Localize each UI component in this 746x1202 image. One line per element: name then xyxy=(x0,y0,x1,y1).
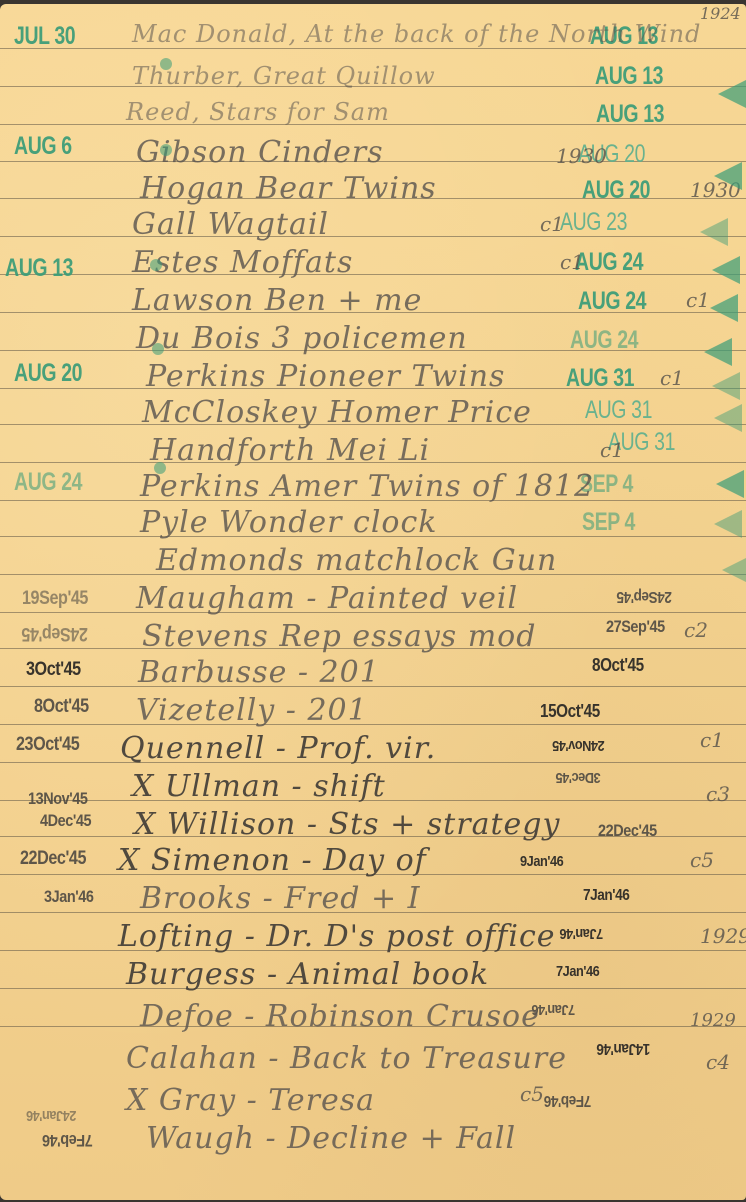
right-date-stamp: AUG 24 xyxy=(570,328,638,353)
green-triangle-mark xyxy=(714,510,742,538)
margin-note: c5 xyxy=(690,850,714,870)
left-date-stamp: AUG 24 xyxy=(14,470,82,495)
left-date-stamp: 23Oct'45 xyxy=(16,735,79,754)
green-triangle-mark xyxy=(712,372,740,400)
book-entry: Estes Moffats xyxy=(132,248,353,278)
right-date-stamp: AUG 31 xyxy=(566,366,634,391)
right-date-stamp: SEP 4 xyxy=(582,510,635,535)
right-date-stamp: 8Oct'45 xyxy=(592,656,644,674)
circulation-card: JUL 30 AUG 6 AUG 13 AUG 20 AUG 24 19Sep'… xyxy=(0,4,746,1200)
green-triangle-mark xyxy=(712,256,740,284)
ink-blot xyxy=(154,462,166,474)
margin-note: c2 xyxy=(684,620,708,640)
left-date-stamp: AUG 20 xyxy=(14,361,82,386)
ink-blot xyxy=(160,144,172,156)
green-triangle-mark xyxy=(700,218,728,246)
right-date-stamp-inverted: 24Nov'45 xyxy=(553,738,605,753)
right-date-stamp-inverted: 14Jan'46 xyxy=(597,1040,651,1056)
book-entry: Burgess - Animal book xyxy=(126,960,489,990)
right-date-stamp: AUG 13 xyxy=(596,102,664,127)
right-date-stamp: 22Dec'45 xyxy=(598,822,657,839)
right-date-stamp: 9Jan'46 xyxy=(520,854,563,869)
margin-note: c1 xyxy=(540,214,564,234)
left-date-stamp: JUL 30 xyxy=(14,24,75,49)
right-date-stamp: AUG 24 xyxy=(575,250,643,275)
left-date-stamp: 3Jan'46 xyxy=(44,888,93,905)
left-date-stamp-inverted: 7Feb'46 xyxy=(42,1132,92,1149)
left-date-stamp: 13Nov'45 xyxy=(28,790,87,807)
right-date-stamp-inverted: 24Sep'45 xyxy=(617,588,672,604)
book-entry: Gall Wagtail xyxy=(132,210,329,240)
book-entry: Du Bois 3 policemen xyxy=(136,324,468,354)
book-entry: X Willison - Sts + strategy xyxy=(134,810,560,840)
book-entry: Edmonds matchlock Gun xyxy=(156,546,557,576)
book-entry: Handforth Mei Li xyxy=(150,436,430,466)
right-date-stamp-inverted: 7Jan'46 xyxy=(560,926,603,941)
margin-note: c1 xyxy=(560,252,584,272)
book-entry: Maugham - Painted veil xyxy=(136,584,518,614)
margin-note: 1930 xyxy=(556,146,607,166)
book-entry: McCloskey Homer Price xyxy=(142,398,532,428)
left-date-stamp: 22Dec'45 xyxy=(20,849,86,868)
ruled-line xyxy=(0,236,746,237)
green-triangle-mark xyxy=(716,470,744,498)
left-date-stamp: 8Oct'45 xyxy=(34,697,89,716)
right-date-stamp: AUG 23 xyxy=(560,210,627,235)
margin-note: 1924 xyxy=(700,6,741,22)
book-entry: X Simenon - Day of xyxy=(118,846,427,876)
right-date-stamp-inverted: 7Feb'46 xyxy=(544,1092,591,1108)
ink-blot xyxy=(160,58,172,70)
ink-blot xyxy=(150,259,162,271)
book-entry: Gibson Cinders xyxy=(136,138,384,168)
margin-note: c5 xyxy=(520,1084,544,1104)
right-date-stamp: 27Sep'45 xyxy=(606,618,665,635)
book-entry: X Gray - Teresa xyxy=(126,1086,375,1116)
book-entry: Waugh - Decline + Fall xyxy=(146,1124,516,1154)
margin-note: c3 xyxy=(706,784,730,804)
book-entry: Perkins Pioneer Twins xyxy=(146,362,505,392)
margin-note: c1 xyxy=(660,368,684,388)
book-entry: Perkins Amer Twins of 1812 xyxy=(140,472,594,502)
ink-blot xyxy=(152,343,164,355)
book-entry: Calahan - Back to Treasure xyxy=(126,1044,567,1074)
book-entry: Lawson Ben + me xyxy=(132,286,422,316)
margin-note: c1 xyxy=(600,440,624,460)
margin-note: c1 xyxy=(700,730,724,750)
right-date-stamp-inverted: 3Dec'45 xyxy=(556,770,601,785)
green-triangle-mark xyxy=(714,162,742,190)
margin-note: 1929 xyxy=(690,1012,736,1030)
book-entry: Hogan Bear Twins xyxy=(140,174,437,204)
right-date-stamp: AUG 24 xyxy=(578,289,646,314)
left-date-stamp-inverted: 24Jan'46 xyxy=(26,1108,76,1123)
book-entry: Mac Donald, At the back of the North Win… xyxy=(132,22,701,46)
book-entry: Vizetelly - 201 xyxy=(136,696,368,726)
right-date-stamp: AUG 20 xyxy=(582,178,650,203)
book-entry: Defoe - Robinson Crusoe xyxy=(140,1002,540,1032)
margin-note: c4 xyxy=(706,1052,730,1072)
left-date-stamp: AUG 13 xyxy=(5,256,73,281)
book-entry: Barbusse - 201 xyxy=(138,658,380,688)
book-entry: Lofting - Dr. D's post office xyxy=(118,922,556,952)
green-triangle-mark xyxy=(722,556,746,584)
right-date-stamp: AUG 13 xyxy=(595,64,663,89)
book-entry: Stevens Rep essays mod xyxy=(142,622,536,652)
left-date-stamp: 4Dec'45 xyxy=(40,812,91,829)
book-entry: Pyle Wonder clock xyxy=(140,508,437,538)
book-entry: Quennell - Prof. vir. xyxy=(120,734,436,764)
right-date-stamp: 15Oct'45 xyxy=(540,702,600,720)
book-entry: X Ullman - shift xyxy=(132,772,386,802)
right-date-stamp: 7Jan'46 xyxy=(556,964,599,979)
book-entry: Reed, Stars for Sam xyxy=(126,100,390,124)
ruled-line xyxy=(0,724,746,725)
right-date-stamp: 7Jan'46 xyxy=(583,888,629,904)
book-entry: Brooks - Fred + I xyxy=(140,884,420,914)
green-triangle-mark xyxy=(710,294,738,322)
green-triangle-mark xyxy=(704,338,732,366)
left-date-stamp-inverted: 24Sep'45 xyxy=(22,624,88,643)
green-triangle-mark xyxy=(718,80,746,108)
green-triangle-mark xyxy=(714,404,742,432)
margin-note: 1929 xyxy=(700,926,746,946)
right-date-stamp: AUG 31 xyxy=(585,398,652,423)
left-date-stamp: 19Sep'45 xyxy=(22,589,88,608)
left-date-stamp: AUG 6 xyxy=(14,134,72,159)
left-date-stamp: 3Oct'45 xyxy=(26,660,81,679)
book-entry: Thurber, Great Quillow xyxy=(132,64,436,88)
margin-note: c1 xyxy=(686,290,710,310)
